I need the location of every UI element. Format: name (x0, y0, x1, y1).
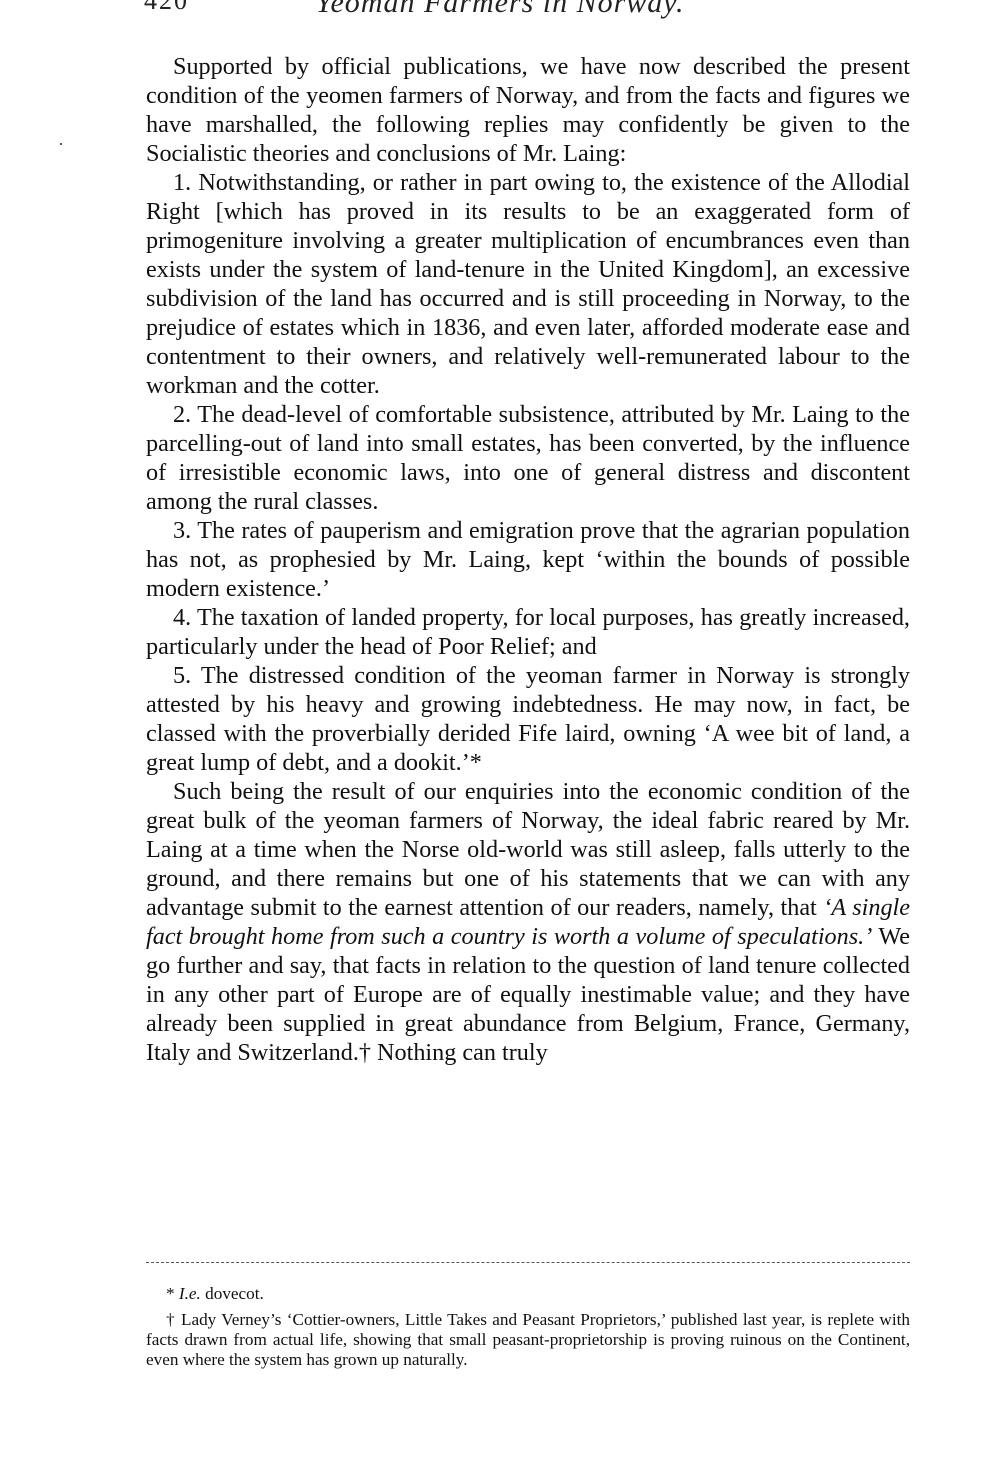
point-text: The distressed condition of the yeoman f… (146, 662, 910, 776)
footnote-text: dovecot. (201, 1284, 264, 1303)
footnote-abbr: I.e. (179, 1284, 201, 1303)
footnote-text: Lady Verney’s ‘Cottier-owners, Little Ta… (146, 1310, 910, 1369)
footnote-2: † Lady Verney’s ‘Cottier-owners, Little … (146, 1310, 910, 1370)
point-number: 1. (173, 169, 191, 196)
point-text: The rates of pauperism and emigration pr… (146, 517, 910, 602)
running-head: 420 Yeoman Farmers in Norway. (0, 0, 1000, 16)
point-text: The taxation of landed property, for loc… (146, 604, 910, 660)
footnote-1: * I.e. dovecot. (146, 1284, 910, 1304)
footnote-marker: † (166, 1310, 176, 1329)
point-text: Notwithstanding, or rather in part owing… (146, 169, 910, 399)
body-text: Supported by official publications, we h… (146, 52, 910, 1067)
point-number: 3. (173, 517, 191, 544)
intro-paragraph: Supported by official publications, we h… (146, 52, 910, 168)
footnote-marker: * (166, 1284, 175, 1303)
conclusion-paragraph: Such being the result of our enquiries i… (146, 777, 910, 1067)
point-3: 3. The rates of pauperism and emigration… (146, 516, 910, 603)
point-number: 4. (173, 604, 191, 631)
footnotes: * I.e. dovecot. † Lady Verney’s ‘Cottier… (146, 1284, 910, 1376)
point-1: 1. Notwithstanding, or rather in part ow… (146, 168, 910, 400)
point-text: The dead-level of comfortable subsistenc… (146, 401, 910, 515)
point-5: 5. The distressed condition of the yeoma… (146, 661, 910, 777)
running-title: Yeoman Farmers in Norway. (0, 0, 1000, 20)
point-number: 5. (173, 662, 191, 689)
point-4: 4. The taxation of landed property, for … (146, 603, 910, 661)
point-2: 2. The dead-level of comfortable subsist… (146, 400, 910, 516)
scan-speck (60, 143, 62, 145)
footnote-rule (146, 1262, 910, 1263)
point-number: 2. (173, 401, 191, 428)
conclusion-text-before: Such being the result of our enquiries i… (146, 778, 910, 921)
